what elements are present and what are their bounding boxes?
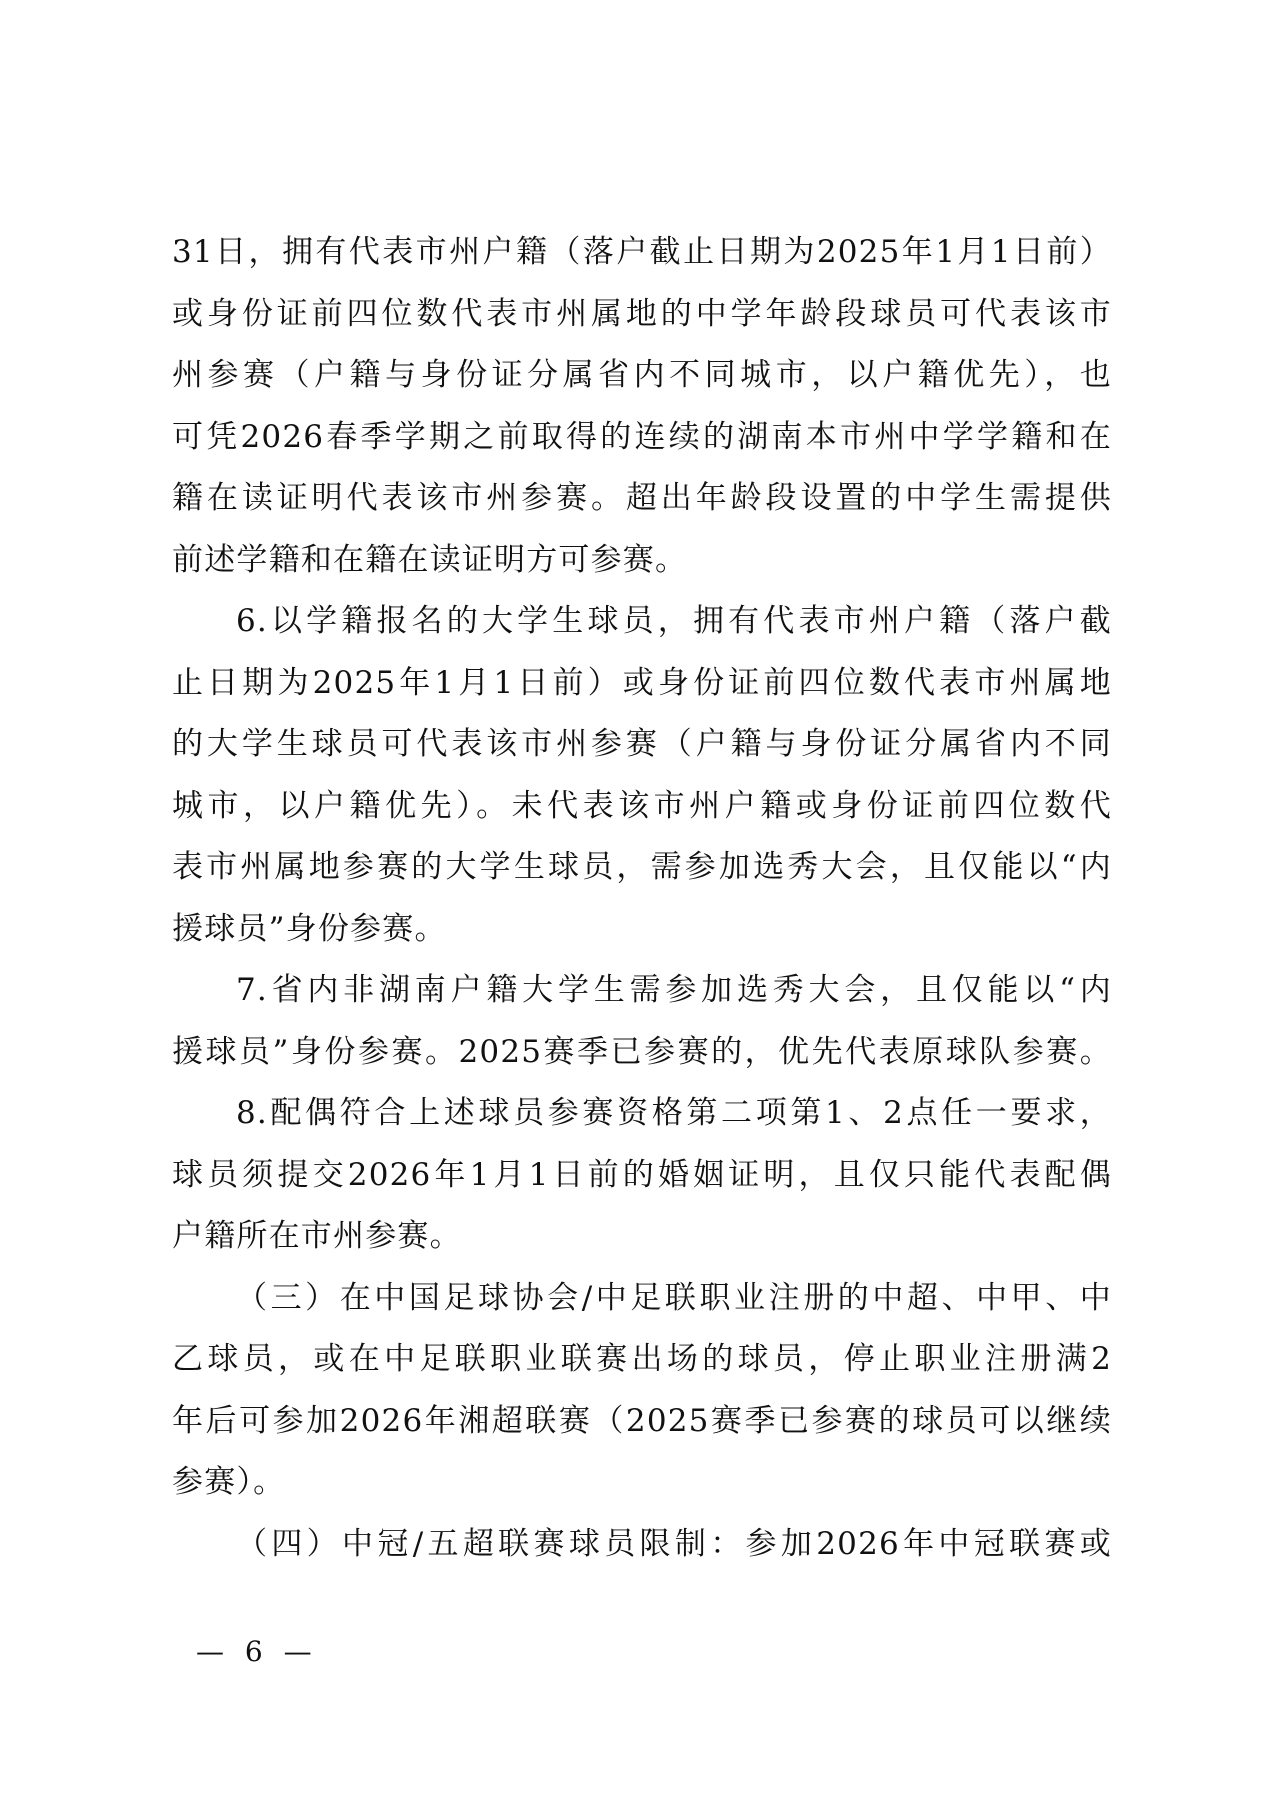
section-3-line-1: （三）在中国足球协会/中足联职业注册的中超、中甲、中	[172, 1268, 1112, 1330]
section-3-line-3: 年后可参加2026年湘超联赛（2025赛季已参赛的球员可以继续	[172, 1391, 1112, 1453]
paragraph-7-line-2: 援球员”身份参赛。2025赛季已参赛的，优先代表原球队参赛。	[172, 1022, 1112, 1084]
page-number: — 6 —	[196, 1632, 318, 1672]
paragraph-8-line-1: 8.配偶符合上述球员参赛资格第二项第1、2点任一要求，	[172, 1083, 1112, 1145]
text-line-5: 籍在读证明代表该市州参赛。超出年龄段设置的中学生需提供	[172, 468, 1112, 530]
paragraph-6-line-6: 援球员”身份参赛。	[172, 899, 1112, 961]
section-3-line-4: 参赛）。	[172, 1452, 1112, 1514]
paragraph-6-line-1: 6.以学籍报名的大学生球员，拥有代表市州户籍（落户截	[172, 591, 1112, 653]
paragraph-6-line-4: 城市，以户籍优先）。未代表该市州户籍或身份证前四位数代	[172, 776, 1112, 838]
section-3-line-2: 乙球员，或在中足联职业联赛出场的球员，停止职业注册满2	[172, 1329, 1112, 1391]
document-body: 31日，拥有代表市州户籍（落户截止日期为2025年1月1日前） 或身份证前四位数…	[172, 222, 1112, 1575]
document-page: 31日，拥有代表市州户籍（落户截止日期为2025年1月1日前） 或身份证前四位数…	[0, 0, 1280, 1810]
paragraph-6-line-5: 表市州属地参赛的大学生球员，需参加选秀大会，且仅能以“内	[172, 837, 1112, 899]
text-line-4: 可凭2026春季学期之前取得的连续的湖南本市州中学学籍和在	[172, 407, 1112, 469]
section-4-line-1: （四）中冠/五超联赛球员限制：参加2026年中冠联赛或	[172, 1514, 1112, 1576]
text-line-3: 州参赛（户籍与身份证分属省内不同城市，以户籍优先），也	[172, 345, 1112, 407]
paragraph-8-line-3: 户籍所在市州参赛。	[172, 1206, 1112, 1268]
paragraph-8-line-2: 球员须提交2026年1月1日前的婚姻证明，且仅只能代表配偶	[172, 1145, 1112, 1207]
paragraph-6-line-3: 的大学生球员可代表该市州参赛（户籍与身份证分属省内不同	[172, 714, 1112, 776]
paragraph-7-line-1: 7.省内非湖南户籍大学生需参加选秀大会，且仅能以“内	[172, 960, 1112, 1022]
paragraph-6-line-2: 止日期为2025年1月1日前）或身份证前四位数代表市州属地	[172, 653, 1112, 715]
text-line-6: 前述学籍和在籍在读证明方可参赛。	[172, 530, 1112, 592]
text-line-1: 31日，拥有代表市州户籍（落户截止日期为2025年1月1日前）	[172, 222, 1112, 284]
text-line-2: 或身份证前四位数代表市州属地的中学年龄段球员可代表该市	[172, 284, 1112, 346]
